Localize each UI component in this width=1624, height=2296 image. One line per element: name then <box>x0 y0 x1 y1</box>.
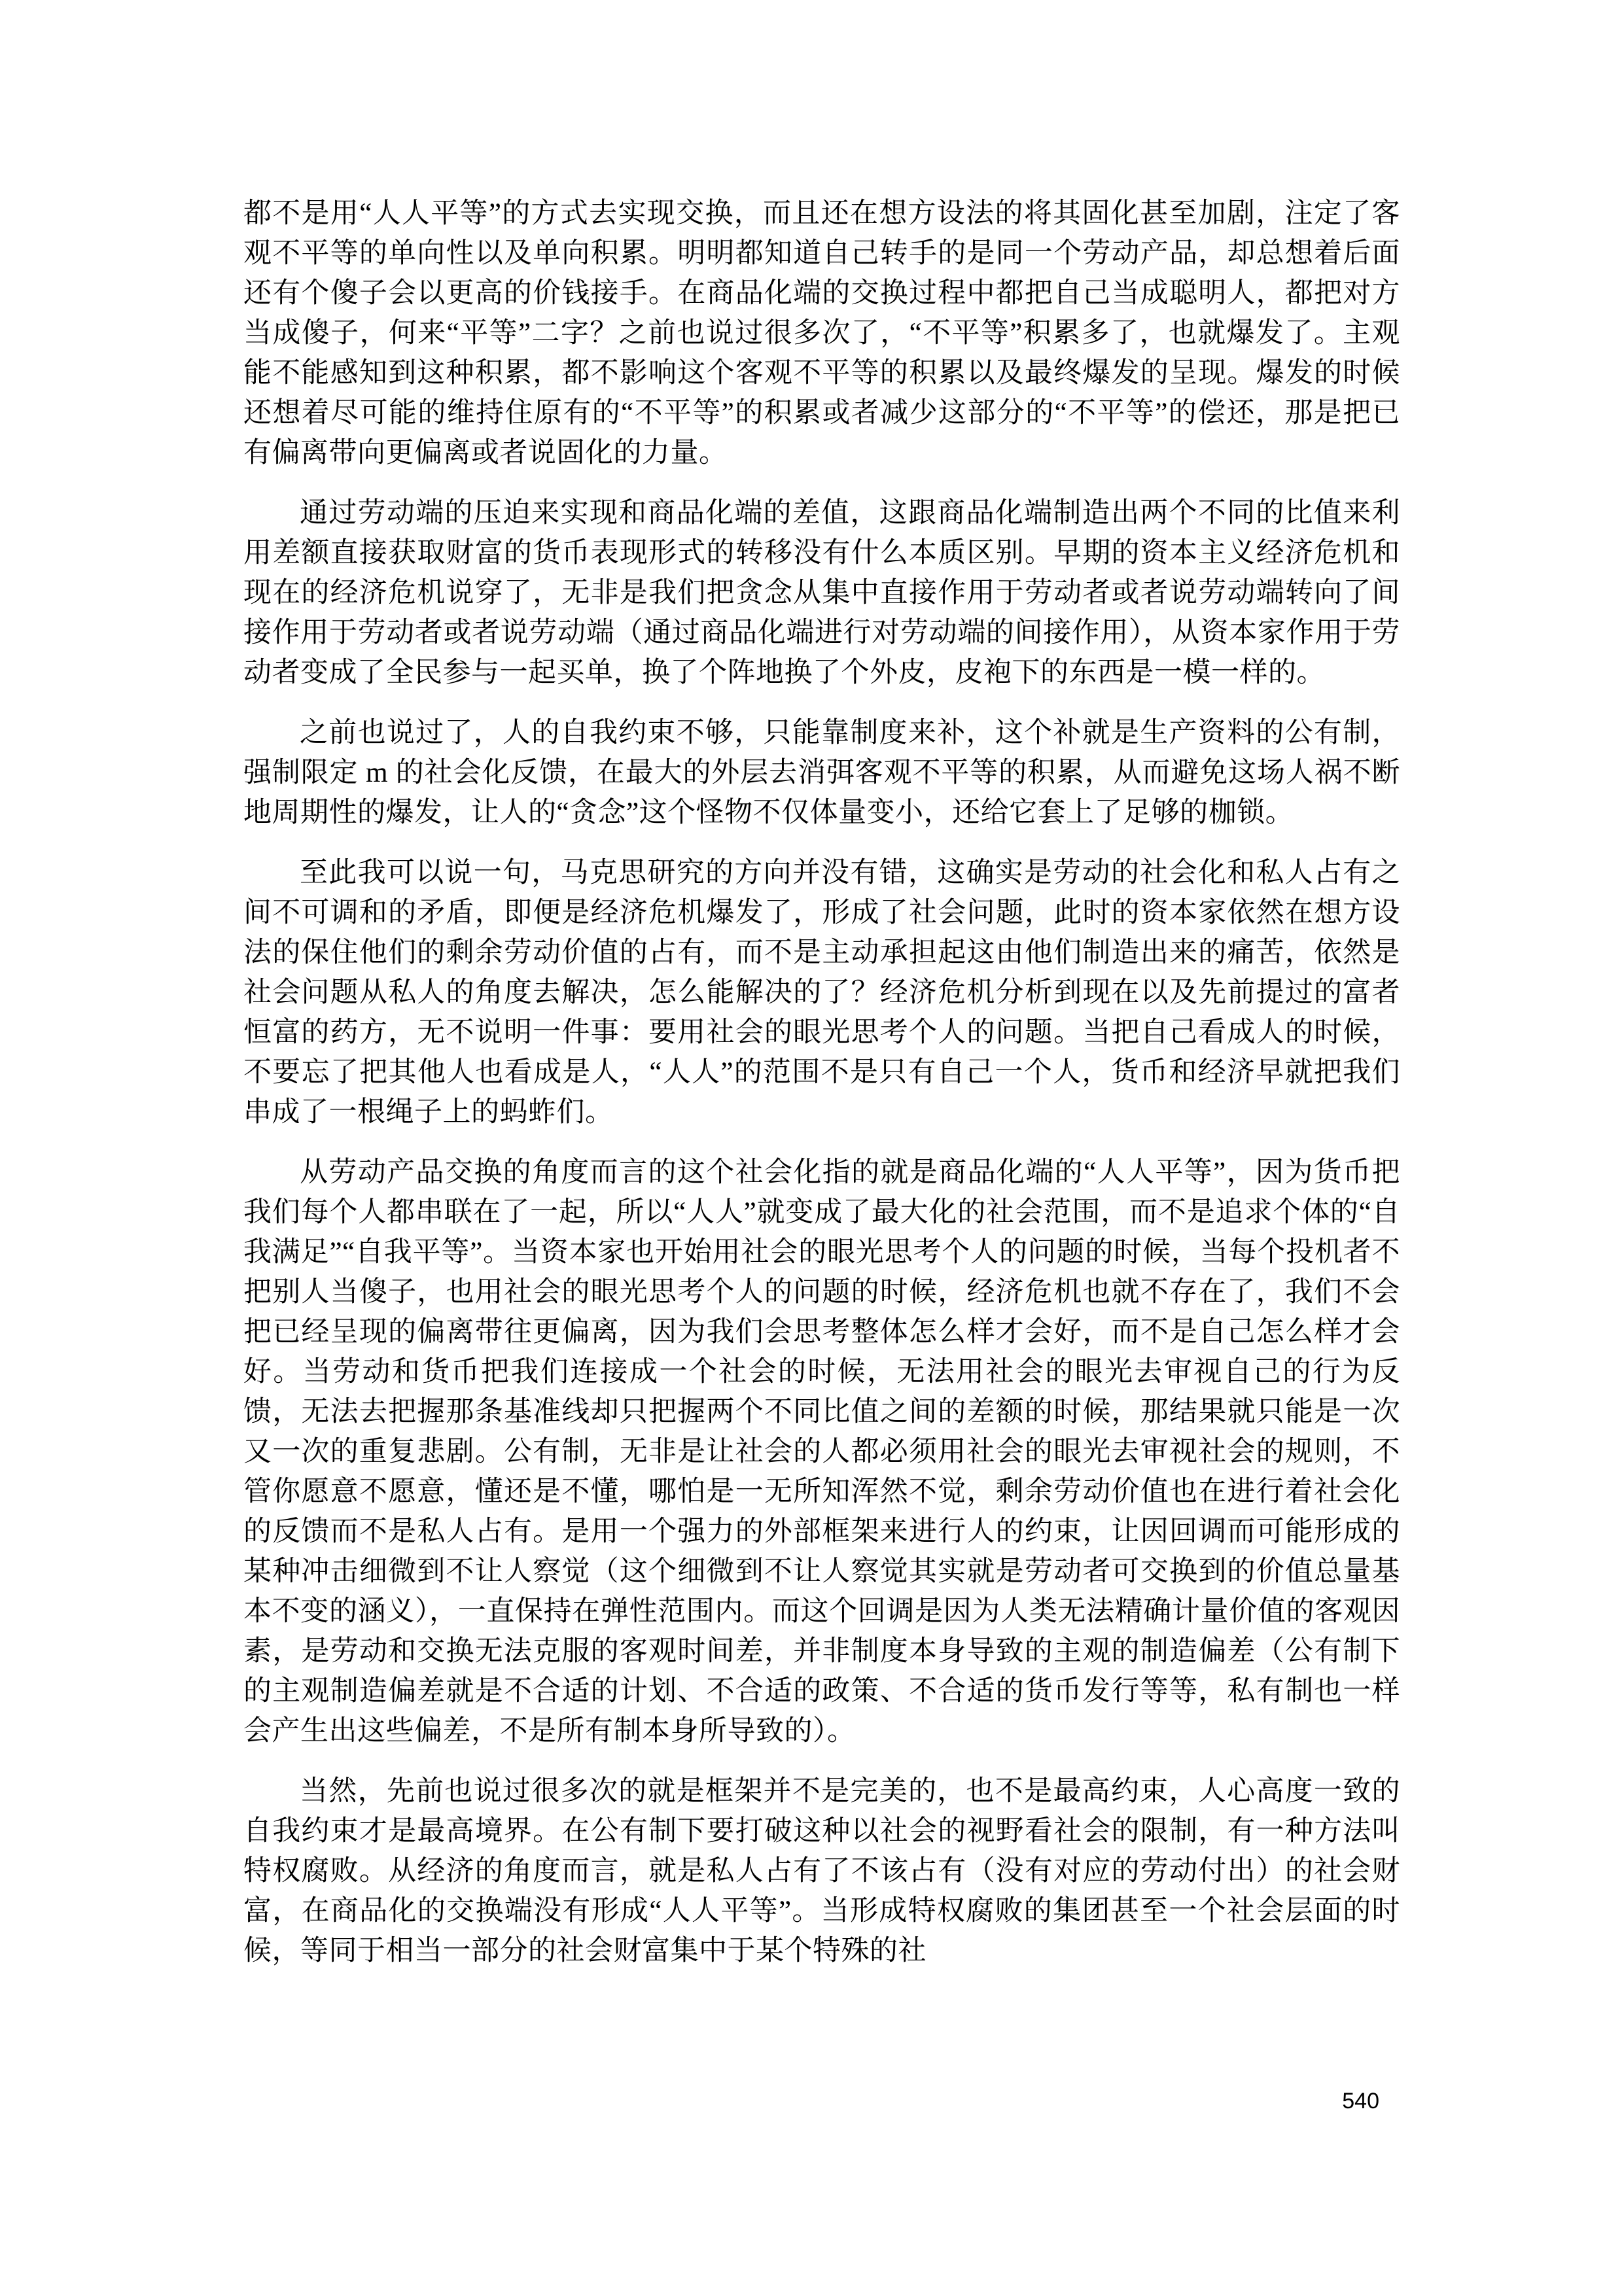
document-page: 都不是用“人人平等”的方式去实现交换，而且还在想方设法的将其固化甚至加剧，注定了… <box>0 0 1624 2296</box>
paragraph-1: 都不是用“人人平等”的方式去实现交换，而且还在想方设法的将其固化甚至加剧，注定了… <box>243 194 1400 473</box>
paragraph-6: 当然，先前也说过很多次的就是框架并不是完美的，也不是最高约束，人心高度一致的自我… <box>243 1771 1400 1971</box>
paragraph-2: 通过劳动端的压迫来实现和商品化端的差值，这跟商品化端制造出两个不同的比值来利用差… <box>243 493 1400 693</box>
paragraph-5: 从劳动产品交换的角度而言的这个社会化指的就是商品化端的“人人平等”，因为货币把我… <box>243 1153 1400 1751</box>
paragraph-4: 至此我可以说一句，马克思研究的方向并没有错，这确实是劳动的社会化和私人占有之间不… <box>243 853 1400 1132</box>
page-body-text: 都不是用“人人平等”的方式去实现交换，而且还在想方设法的将其固化甚至加剧，注定了… <box>243 194 1400 1971</box>
page-number: 540 <box>1342 2089 1379 2113</box>
paragraph-3: 之前也说过了，人的自我约束不够，只能靠制度来补，这个补就是生产资料的公有制，强制… <box>243 713 1400 833</box>
